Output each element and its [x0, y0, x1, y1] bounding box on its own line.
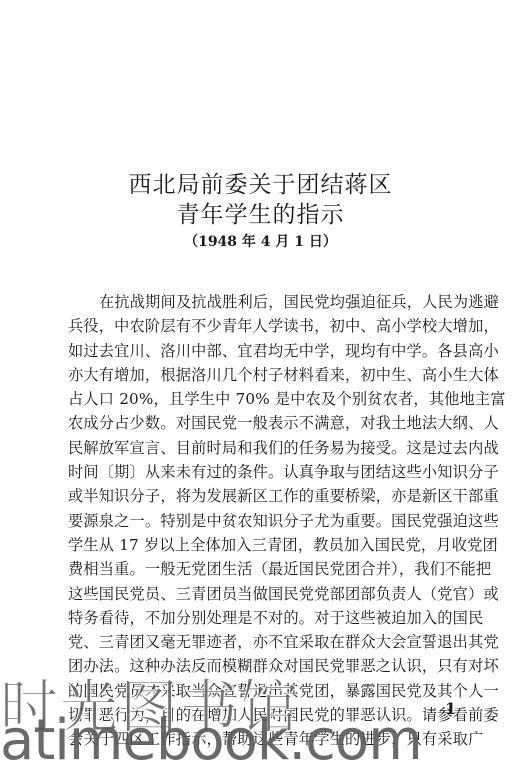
body-line: 学生从 17 岁以上全体加入三青团，教员加入国民党，月收党团 — [68, 533, 468, 557]
document-title-line-1: 西北局前委关于团结蒋区 — [0, 166, 521, 199]
body-line: 时间〔期〕从来未有过的条件。认真争取与团结这些小知识分子 — [68, 460, 468, 484]
body-line: 特务看待，不加分别处理是不对的。对于这些被迫加入的国民 — [68, 606, 468, 630]
page-number: 1 — [445, 699, 456, 718]
body-line: 在抗战期间及抗战胜利后，国民党均强迫征兵，人民为逃避 — [68, 290, 468, 314]
watermark-url: atimebook.com — [0, 708, 422, 768]
body-line: 亦大有增加，根据洛川几个村子材料看来，初中生、高小生大体 — [68, 363, 468, 387]
body-line: 或半知识分子，将为发展新区工作的重要桥梁，亦是新区干部重 — [68, 484, 468, 508]
document-date: （1948 年 4 月 1 日） — [0, 231, 521, 251]
body-line: 兵役，中农阶层有不少青年人学读书，初中、高小学校大增加， — [68, 314, 468, 338]
body-line: 这些国民党员、三青团员当做国民党党部团部负责人（党官）或 — [68, 582, 468, 606]
body-line: 费相当重。一般无党团生活（最近国民党团合并），我们不能把 — [68, 557, 468, 581]
body-line: 要源泉之一。特别是中贫农知识分子尤为重要。国民党强迫这些 — [68, 509, 468, 533]
body-line: 占人口 20%，且学生中 70% 是中农及个别贫农者，其他地主富 — [68, 387, 468, 411]
body-line: 党、三青团又毫无罪迹者，亦不宜采取在群众大会宣誓退出其党 — [68, 630, 468, 654]
body-line: 如过去宜川、洛川中部、宜君均无中学，现均有中学。各县高小 — [68, 339, 468, 363]
body-line: 农成分占少数。对国民党一般表示不满意，对我土地法大纲、人 — [68, 411, 468, 435]
document-title-line-2: 青年学生的指示 — [0, 196, 521, 229]
body-line: 民解放军宣言、目前时局和我们的任务易为接受。这是过去内战 — [68, 436, 468, 460]
